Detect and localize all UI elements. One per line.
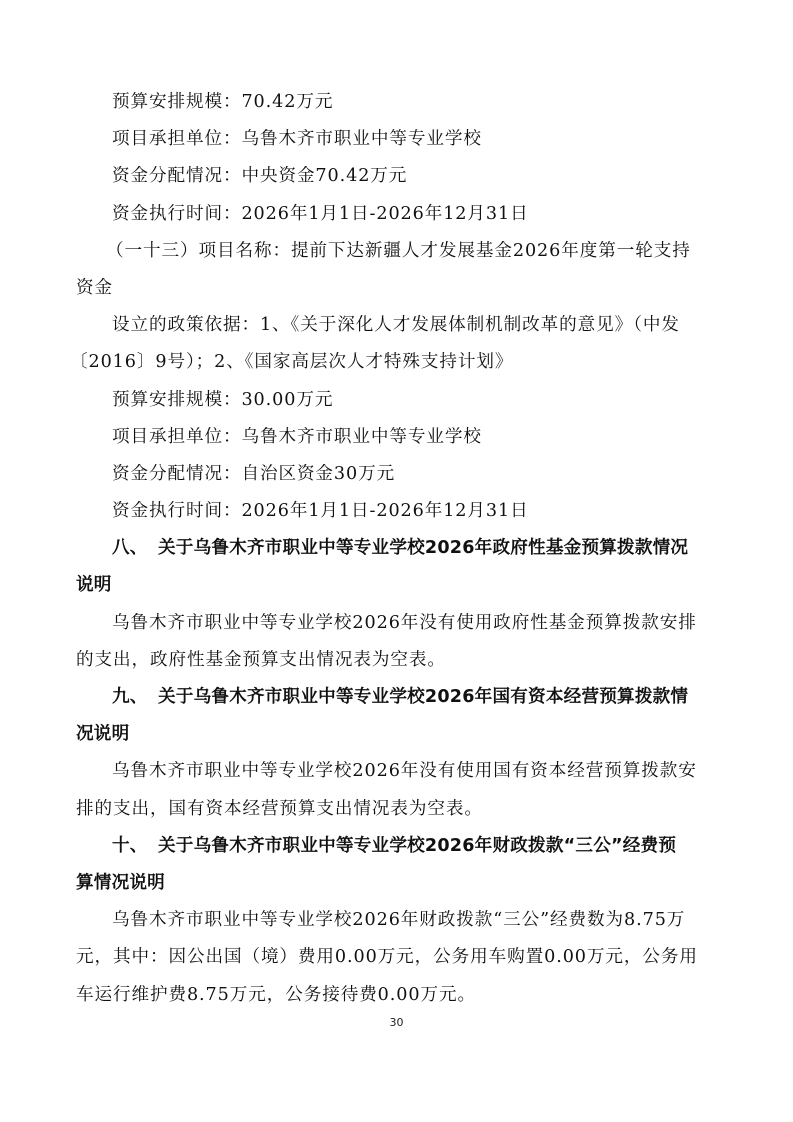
section-10-heading-continued: 算情况说明: [76, 865, 720, 902]
section-8-heading-continued: 说明: [76, 567, 720, 604]
section-9-heading-continued: 况说明: [76, 716, 720, 753]
budget-scale-line: 预算安排规模：70.42万元: [76, 84, 720, 121]
section-9-title: 关于乌鲁木齐市职业中等专业学校2026年国有资本经营预算拨款情: [158, 687, 688, 707]
section-9-heading: 九、关于乌鲁木齐市职业中等专业学校2026年国有资本经营预算拨款情: [76, 679, 720, 716]
fund-allocation-line: 资金分配情况：自治区资金30万元: [76, 456, 720, 493]
execution-time-line: 资金执行时间：2026年1月1日-2026年12月31日: [76, 196, 720, 233]
section-9-body-continued: 排的支出，国有资本经营预算支出情况表为空表。: [76, 791, 720, 828]
project-13-name: （一十三）项目名称：提前下达新疆人才发展基金2026年度第一轮支持: [76, 233, 720, 270]
section-9-number: 九、: [112, 679, 158, 716]
section-8-heading: 八、关于乌鲁木齐市职业中等专业学校2026年政府性基金预算拨款情况: [76, 530, 720, 567]
section-10-heading: 十、关于乌鲁木齐市职业中等专业学校2026年财政拨款“三公”经费预: [76, 828, 720, 865]
project-13-name-continued: 资金: [76, 270, 720, 307]
section-10-title: 关于乌鲁木齐市职业中等专业学校2026年财政拨款“三公”经费预: [158, 836, 676, 856]
page-number: 30: [0, 1016, 793, 1029]
policy-basis-line: 设立的政策依据：1、《关于深化人才发展体制机制改革的意见》（中发: [76, 307, 720, 344]
budget-scale-line: 预算安排规模：30.00万元: [76, 382, 720, 419]
execution-time-line: 资金执行时间：2026年1月1日-2026年12月31日: [76, 493, 720, 530]
section-8-title: 关于乌鲁木齐市职业中等专业学校2026年政府性基金预算拨款情况: [158, 538, 688, 558]
undertaking-unit-line: 项目承担单位：乌鲁木齐市职业中等专业学校: [76, 121, 720, 158]
section-8-body-continued: 的支出，政府性基金预算支出情况表为空表。: [76, 642, 720, 679]
section-8-body: 乌鲁木齐市职业中等专业学校2026年没有使用政府性基金预算拨款安排: [76, 605, 720, 642]
fund-allocation-line: 资金分配情况：中央资金70.42万元: [76, 158, 720, 195]
section-10-body: 乌鲁木齐市职业中等专业学校2026年财政拨款“三公”经费数为8.75万: [76, 902, 720, 939]
section-10-body-continued-2: 车运行维护费8.75万元，公务接待费0.00万元。: [76, 977, 720, 1014]
document-page: 预算安排规模：70.42万元 项目承担单位：乌鲁木齐市职业中等专业学校 资金分配…: [76, 84, 720, 1014]
section-8-number: 八、: [112, 530, 158, 567]
section-9-body: 乌鲁木齐市职业中等专业学校2026年没有使用国有资本经营预算拨款安: [76, 753, 720, 790]
policy-basis-continued: 〔2016〕9号）；2、《国家高层次人才特殊支持计划》: [70, 344, 720, 381]
undertaking-unit-line: 项目承担单位：乌鲁木齐市职业中等专业学校: [76, 419, 720, 456]
section-10-body-continued: 元，其中：因公出国（境）费用0.00万元，公务用车购置0.00万元，公务用: [76, 939, 720, 976]
section-10-number: 十、: [112, 828, 158, 865]
